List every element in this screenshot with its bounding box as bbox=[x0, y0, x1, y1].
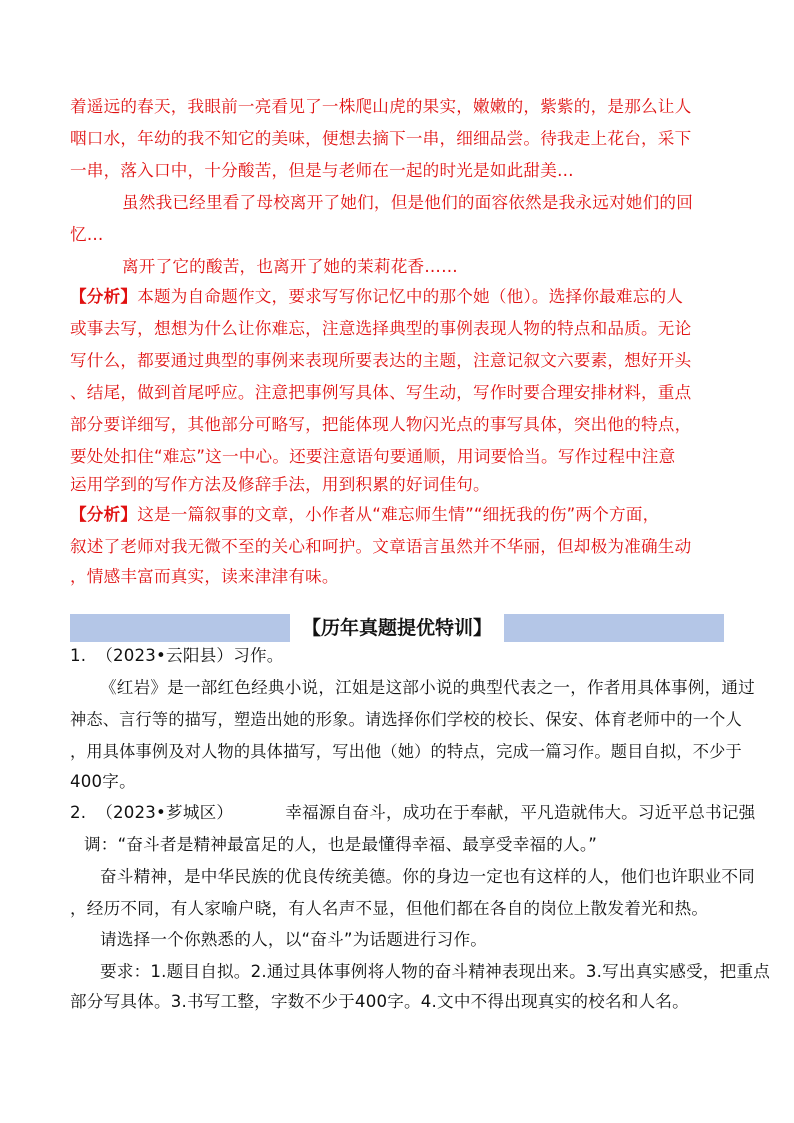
question-1-header: 1.（2023•云阳县）习作。 bbox=[70, 645, 284, 667]
question-text: 幸福源自奋斗，成功在于奉献，平凡造就伟大。习近平总书记强 bbox=[285, 803, 755, 822]
question-number: 1. bbox=[70, 646, 86, 665]
analysis-tag: 【分析】 bbox=[70, 287, 137, 306]
essay-line: 忆… bbox=[70, 224, 104, 246]
question-line: 请选择一个你熟悉的人，以“奋斗”为话题进行习作。 bbox=[100, 929, 487, 951]
analysis-paragraph-1: 【分析】本题为自命题作文，要求写写你记忆中的那个她（他）。选择你最难忘的人 bbox=[70, 286, 683, 308]
section-banner-title: 【历年真题提优特训】 bbox=[290, 614, 504, 642]
essay-line: 一串，落入口中，十分酸苦，但是与老师在一起的时光是如此甜美… bbox=[70, 160, 574, 182]
question-line: 部分写具体。3.书写工整，字数不少于400字。4.文中不得出现真实的校名和人名。 bbox=[70, 991, 689, 1013]
question-line: 《红岩》是一部红色经典小说，江姐是这部小说的典型代表之一，作者用具体事例，通过 bbox=[100, 677, 755, 699]
analysis-line: 叙述了老师对我无微不至的关心和呵护。文章语言虽然并不华丽，但却极为准确生动 bbox=[70, 536, 691, 558]
analysis-line: 、结尾，做到首尾呼应。注意把事例写具体、写生动，写作时要合理安排材料，重点 bbox=[70, 382, 691, 404]
analysis-text: 这是一篇叙事的文章，小作者从“难忘师生情”“细抚我的伤”两个方面， bbox=[137, 505, 659, 524]
question-source: （2023•芗城区） bbox=[96, 803, 233, 822]
analysis-tag: 【分析】 bbox=[70, 505, 137, 524]
analysis-line: 要处处扣住“难忘”这一中心。还要注意语句要通顺，用词要恰当。写作过程中注意 bbox=[70, 446, 675, 468]
analysis-line: 写什么，都要通过典型的事例来表现所要表达的主题，注意记叙文六要素，想好开头 bbox=[70, 350, 691, 372]
essay-line: 离开了它的酸苦，也离开了她的茉莉花香…… bbox=[122, 256, 458, 278]
analysis-text: 本题为自命题作文，要求写写你记忆中的那个她（他）。选择你最难忘的人 bbox=[137, 287, 683, 306]
question-number: 2. bbox=[70, 803, 86, 822]
document-page: 着遥远的春天，我眼前一亮看见了一株爬山虎的果实，嫩嫩的，紫紫的，是那么让人 咽口… bbox=[0, 0, 794, 1123]
question-line: 奋斗精神，是中华民族的优良传统美德。你的身边一定也有这样的人，他们也许职业不同 bbox=[100, 866, 755, 888]
analysis-line: 部分要详细写，其他部分可略写，把能体现人物闪光点的事写具体，突出他的特点， bbox=[70, 414, 691, 436]
question-2-header: 2.（2023•芗城区）幸福源自奋斗，成功在于奉献，平凡造就伟大。习近平总书记强 bbox=[70, 802, 755, 824]
question-line: ，用具体事例及对人物的具体描写，写出他（她）的特点，完成一篇习作。题目自拟，不少… bbox=[70, 741, 742, 763]
analysis-paragraph-2: 【分析】这是一篇叙事的文章，小作者从“难忘师生情”“细抚我的伤”两个方面， bbox=[70, 504, 659, 526]
essay-line: 咽口水，年幼的我不知它的美味，便想去摘下一串，细细品尝。待我走上花台，采下 bbox=[70, 128, 691, 150]
analysis-line: 或事去写，想想为什么让你难忘，注意选择典型的事例表现人物的特点和品质。无论 bbox=[70, 318, 691, 340]
question-line: 要求：1.题目自拟。2.通过具体事例将人物的奋斗精神表现出来。3.写出真实感受，… bbox=[100, 961, 770, 983]
essay-line: 虽然我已经里看了母校离开了她们，但是他们的面容依然是我永远对她们的回 bbox=[122, 192, 693, 214]
question-line: 调：“奋斗者是精神最富足的人，也是最懂得幸福、最享受幸福的人。” bbox=[84, 834, 597, 856]
analysis-line: 运用学到的写作方法及修辞手法，用到积累的好词佳句。 bbox=[70, 474, 490, 496]
question-line: ，经历不同，有人家喻户晓，有人名声不显，但他们都在各自的岗位上散发着光和热。 bbox=[70, 898, 708, 920]
question-line: 400字。 bbox=[70, 771, 136, 793]
analysis-line: ，情感丰富而真实，读来津津有味。 bbox=[70, 566, 339, 588]
essay-line: 着遥远的春天，我眼前一亮看见了一株爬山虎的果实，嫩嫩的，紫紫的，是那么让人 bbox=[70, 96, 691, 118]
question-line: 神态、言行等的描写，塑造出她的形象。请选择你们学校的校长、保安、体育老师中的一个… bbox=[70, 709, 742, 731]
question-source: （2023•云阳县）习作。 bbox=[96, 646, 283, 665]
